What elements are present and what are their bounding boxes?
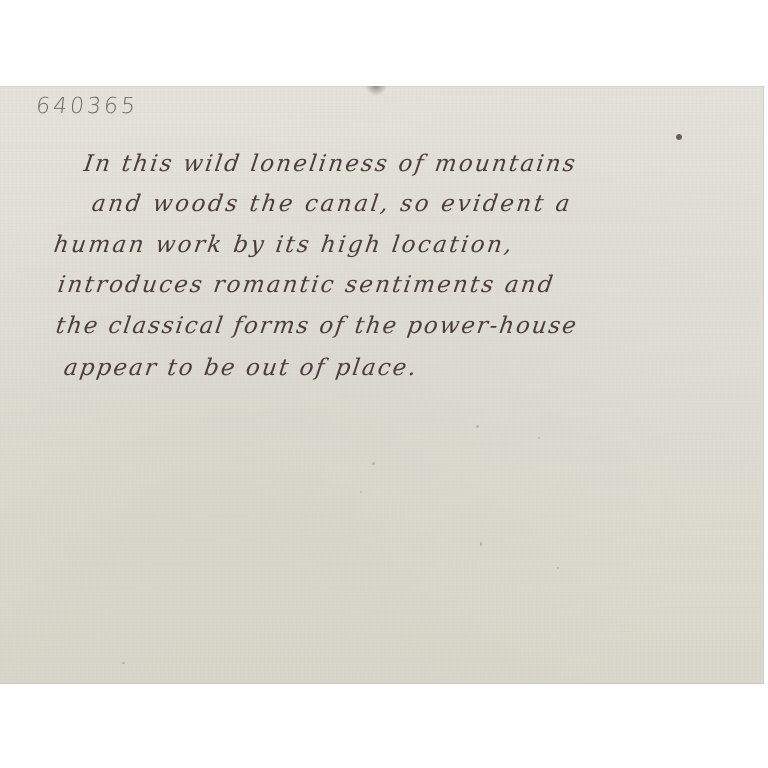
handwritten-line-4: introduces romantic sentiments and [56, 272, 556, 298]
handwritten-line-5: the classical forms of the power-house [54, 313, 579, 339]
catalog-number: 640365 [35, 94, 140, 119]
handwritten-line-3: human work by its high location, [52, 232, 516, 258]
paper-stain [365, 86, 387, 96]
note-card: 640365 In this wild loneliness of mounta… [0, 86, 764, 683]
page-background: 640365 In this wild loneliness of mounta… [0, 0, 768, 768]
paper-speckle [372, 462, 375, 465]
paper-speckle [557, 567, 559, 569]
paper-speckle [480, 542, 482, 546]
paper-speckle [122, 662, 125, 664]
ink-dot [676, 134, 682, 140]
handwritten-line-1: In this wild loneliness of mountains [82, 151, 579, 177]
paper-speckle [360, 491, 362, 493]
paper-speckle [476, 425, 479, 428]
handwritten-line-2: and woods the canal, so evident a [90, 191, 574, 217]
paper-speckle [538, 437, 540, 439]
handwritten-line-6: appear to be out of place. [62, 355, 420, 381]
